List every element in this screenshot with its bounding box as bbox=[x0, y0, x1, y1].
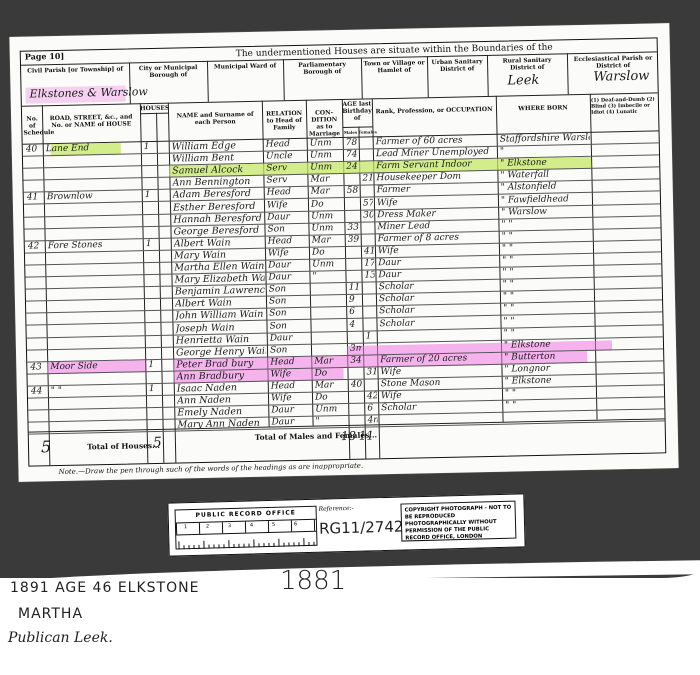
cell-relation: Son bbox=[270, 344, 310, 355]
ruler-number: 6 bbox=[294, 521, 297, 527]
cell-condition: Unm bbox=[312, 259, 344, 270]
cell-condition bbox=[314, 344, 346, 345]
column-header-road: ROAD, STREET, &c., and No. or NAME of HO… bbox=[43, 113, 139, 129]
cell-condition: Mar bbox=[310, 174, 342, 185]
district-label: Municipal Ward of bbox=[209, 62, 281, 71]
total-houses-count: 5 bbox=[41, 437, 52, 456]
cell-birthplace: " " bbox=[503, 314, 593, 326]
census-form: Page 10] The undermentioned Houses are s… bbox=[20, 37, 667, 466]
total-inhabited: 5 bbox=[153, 435, 162, 451]
cell-birthplace: " Warslow bbox=[501, 205, 591, 217]
cell-relation: Son bbox=[269, 308, 309, 319]
column-header-cond: CON-DITION as to Marriage bbox=[307, 109, 342, 138]
cell-condition: Do bbox=[314, 368, 346, 379]
reference-box: Reference:- RG11/2742 bbox=[316, 504, 399, 544]
cell-birthplace: " " bbox=[501, 218, 591, 230]
cell-relation: Daur bbox=[270, 332, 310, 343]
cell-birthplace: " " bbox=[505, 387, 595, 399]
district-label: Urban Sanitary District of bbox=[429, 58, 485, 73]
cell-relation: Son bbox=[269, 284, 309, 295]
column-header-occ: Rank, Profession, or OCCUPATION bbox=[373, 106, 495, 116]
cell-condition: Do bbox=[315, 392, 347, 403]
cell-condition: Do bbox=[312, 247, 344, 258]
page-label: Page 10] bbox=[25, 51, 65, 62]
cell-birthplace: " Alstonfield bbox=[501, 181, 591, 193]
cell-condition bbox=[313, 319, 345, 320]
cell-male: 34 bbox=[350, 355, 362, 365]
cell-male: 9 bbox=[349, 295, 361, 305]
cell-male: 58 bbox=[347, 186, 359, 196]
total-houses-label: Total of Houses... bbox=[87, 441, 160, 452]
record-office-label: PUBLIC RECORD OFFICE 123456 Reference:- … bbox=[167, 493, 525, 556]
district-label: City or Municipal Borough of bbox=[131, 64, 205, 80]
cell-inhabited: 1 bbox=[144, 142, 156, 152]
cell-road: Moor Side bbox=[50, 360, 144, 372]
rural-district-value: Leek bbox=[507, 73, 539, 89]
cell-birthplace: " " bbox=[503, 302, 593, 314]
cell-relation: Head bbox=[268, 236, 308, 247]
cell-road: Fore Stones bbox=[48, 239, 142, 251]
cell-schedule: 43 bbox=[30, 362, 46, 372]
cell-relation: Head bbox=[266, 139, 306, 150]
cell-condition: Unm bbox=[310, 162, 342, 173]
cell-male: 40 bbox=[351, 380, 363, 390]
annotation-year: 1881 bbox=[280, 566, 346, 596]
cell-inhabited: 1 bbox=[146, 239, 158, 249]
cell-schedule: 42 bbox=[28, 241, 44, 251]
cell-male: 6 bbox=[349, 307, 361, 317]
cell-condition bbox=[313, 307, 345, 308]
cell-condition: Mar bbox=[311, 186, 343, 197]
cell-relation: Uncle bbox=[266, 151, 306, 162]
cell-relation: Daur bbox=[271, 405, 311, 416]
ruler-number: 5 bbox=[272, 522, 275, 528]
cell-female: 30 bbox=[363, 210, 373, 220]
district-label: Rural Sanitary District of bbox=[489, 56, 565, 72]
column-header-schedule: No. of Schedule bbox=[23, 115, 41, 136]
cell-birthplace: " " bbox=[502, 266, 592, 278]
measurement-ruler: 123456 bbox=[176, 519, 317, 550]
cell-inhabited: 1 bbox=[149, 384, 161, 394]
cell-male: 74 bbox=[346, 150, 358, 160]
district-label: Town or Village or Hamlet of bbox=[363, 59, 425, 74]
cell-female: 17 bbox=[364, 258, 374, 268]
cell-condition bbox=[313, 295, 345, 296]
cell-relation: Serv bbox=[266, 175, 306, 186]
cell-birthplace: " Butterton bbox=[504, 351, 594, 363]
cell-male: 39 bbox=[348, 234, 360, 244]
ruler-number: 1 bbox=[184, 524, 187, 530]
cell-relation: Head bbox=[271, 381, 311, 392]
cell-condition bbox=[313, 283, 345, 284]
cell-relation: Wife bbox=[271, 393, 311, 404]
cell-condition: Mar bbox=[314, 356, 346, 367]
cell-condition: Unm bbox=[311, 211, 343, 222]
cell-schedule: 44 bbox=[31, 386, 47, 396]
cell-condition: Do bbox=[311, 199, 343, 210]
cell-birthplace: " " bbox=[503, 278, 593, 290]
cell-relation: Wife bbox=[270, 369, 310, 380]
cell-female: 13 bbox=[364, 270, 374, 280]
cell-birthplace: " " bbox=[502, 254, 592, 266]
cell-birthplace: " Elkstone bbox=[500, 157, 590, 169]
cell-condition: Unm bbox=[311, 223, 343, 234]
cell-condition: Unm bbox=[310, 150, 342, 161]
column-header-age: AGE last Birthday of bbox=[342, 100, 372, 122]
annotation-line-2: MARTHA bbox=[18, 606, 83, 622]
cell-female: 42 bbox=[367, 391, 377, 401]
annotation-line-3: Publican Leek. bbox=[8, 630, 113, 646]
cell-relation: Serv bbox=[266, 163, 306, 174]
cell-road: Brownlow bbox=[47, 191, 141, 203]
total-males: 18 bbox=[341, 429, 357, 443]
cell-birthplace: Staffordshire Warslow bbox=[500, 133, 590, 145]
cell-female: 1 bbox=[366, 331, 376, 341]
cell-relation: Daur bbox=[267, 211, 307, 222]
cell-condition: " bbox=[312, 271, 344, 282]
cell-birthplace: " " bbox=[503, 290, 593, 302]
cell-inhabited: 1 bbox=[145, 190, 157, 200]
cell-female: 6 bbox=[367, 404, 377, 414]
cell-birthplace: " Elkstone bbox=[505, 375, 595, 387]
cell-relation: Son bbox=[267, 223, 307, 234]
column-header-inf: (1) Deaf-and-Dumb (2) Blind (3) Imbecile… bbox=[591, 96, 659, 115]
column-header-name: NAME and Surname of each Person bbox=[169, 111, 261, 127]
annotation-line-1: 1891 AGE 46 ELKSTONE bbox=[10, 580, 199, 596]
district-label: Civil Parish [or Township] of bbox=[23, 66, 127, 75]
cell-relation: Daur bbox=[268, 260, 308, 271]
district-label: Parliamentary Borough of bbox=[285, 61, 359, 77]
cell-male: 78 bbox=[346, 138, 358, 148]
ruler-number: 3 bbox=[228, 523, 231, 529]
cell-relation: Head bbox=[267, 187, 307, 198]
cell-birthplace: " Waterfall bbox=[500, 169, 590, 181]
column-header-houses: HOUSES bbox=[140, 105, 168, 113]
cell-birthplace: " " bbox=[504, 326, 594, 338]
cell-road: Lane End bbox=[46, 142, 140, 154]
cell-relation: Head bbox=[270, 357, 310, 368]
cell-birthplace: " " bbox=[502, 230, 592, 242]
cell-male: 11 bbox=[349, 283, 361, 293]
cell-relation: Son bbox=[269, 296, 309, 307]
cell-condition: Mar bbox=[315, 380, 347, 391]
cell-female: 41 bbox=[364, 246, 374, 256]
ruler-number: 2 bbox=[206, 524, 209, 530]
cell-male: 33 bbox=[347, 222, 359, 232]
cell-birthplace: " " bbox=[502, 242, 592, 254]
ecclesiastical-value: Warslow bbox=[593, 69, 649, 85]
cell-male: 4 bbox=[349, 319, 361, 329]
cell-road: " " bbox=[51, 384, 145, 396]
cell-male: 24 bbox=[346, 162, 358, 172]
cell-relation: Son bbox=[269, 320, 309, 331]
column-header-rel: RELATION to Head of Family bbox=[263, 110, 305, 132]
ruler-number: 4 bbox=[250, 522, 253, 528]
cell-female: 21 bbox=[362, 174, 372, 184]
column-header-born: WHERE BORN bbox=[497, 104, 589, 113]
cell-relation: Wife bbox=[267, 199, 307, 210]
cell-male: 3mo bbox=[350, 343, 362, 353]
cell-relation: Daur bbox=[268, 272, 308, 283]
total-females: 11 bbox=[359, 428, 375, 442]
cell-female: 57 bbox=[363, 198, 373, 208]
copyright-notice: COPYRIGHT PHOTOGRAPH - NOT TO BE REPRODU… bbox=[400, 501, 516, 542]
cell-birthplace: " Longnor bbox=[504, 363, 594, 375]
cell-birthplace: " " bbox=[505, 399, 595, 411]
cell-female: 31 bbox=[366, 367, 376, 377]
cell-condition: Unm bbox=[310, 138, 342, 149]
record-office-ruler-box: PUBLIC RECORD OFFICE 123456 bbox=[175, 506, 318, 550]
civil-parish-value: Elkstones & Warslow bbox=[29, 85, 148, 100]
cell-schedule: 41 bbox=[27, 193, 43, 203]
reference-number: RG11/2742 bbox=[319, 518, 404, 538]
cell-birthplace: " Elkstone bbox=[504, 338, 594, 350]
cell-condition: Unm bbox=[315, 404, 347, 415]
reference-label: Reference:- bbox=[318, 505, 353, 513]
cell-birthplace: " Fawfieldhead bbox=[501, 193, 591, 205]
cell-inhabited: 1 bbox=[148, 360, 160, 370]
cell-condition bbox=[314, 332, 346, 333]
census-page: Page 10] The undermentioned Houses are s… bbox=[9, 23, 678, 482]
cell-schedule: 40 bbox=[26, 144, 42, 154]
cell-birthplace: " bbox=[500, 145, 590, 157]
cell-condition: Mar bbox=[312, 235, 344, 246]
record-office-title: PUBLIC RECORD OFFICE bbox=[176, 509, 316, 520]
cell-relation: Wife bbox=[268, 248, 308, 259]
